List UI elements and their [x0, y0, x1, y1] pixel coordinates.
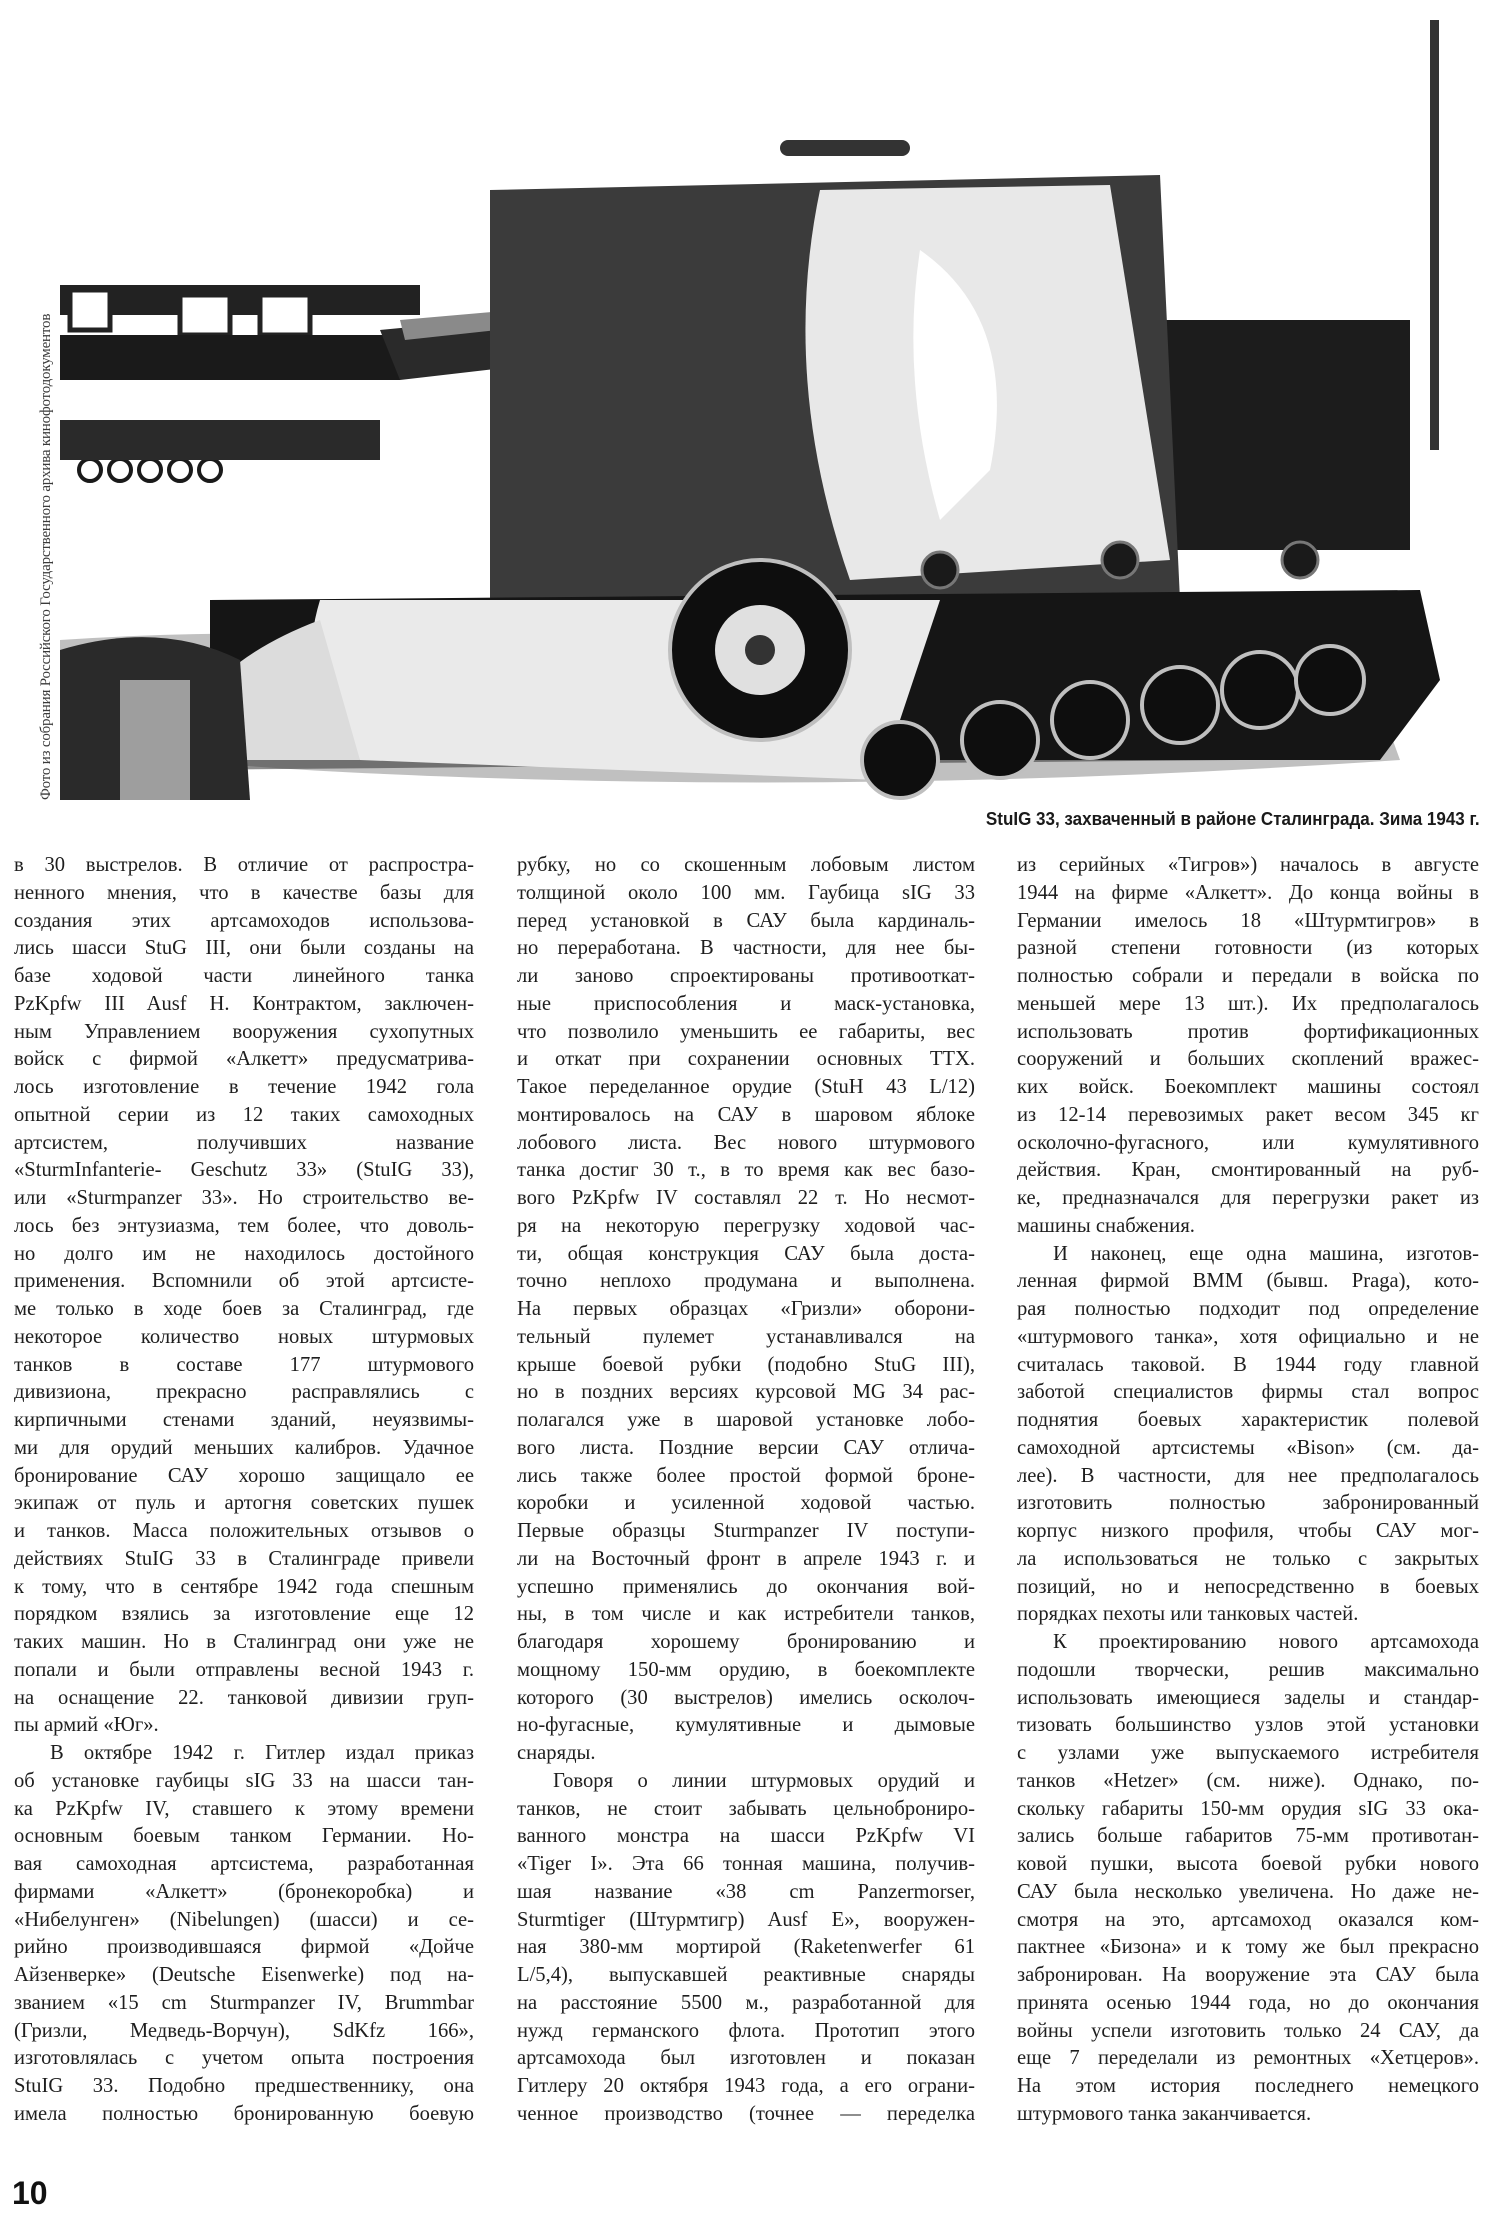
- text-line: «SturmInfanterie- Geschutz 33» (StuIG 33…: [14, 1157, 474, 1185]
- text-line: на оснащение 22. танковой дивизии груп-: [14, 1685, 474, 1713]
- text-line: еще 7 переделали из ремонтных «Хетцеров»…: [1017, 2045, 1479, 2073]
- text-line: 1944 на фирме «Алкетт». До конца войны в: [1017, 880, 1479, 908]
- text-line: вого листа. Поздние версии САУ отлича-: [517, 1435, 975, 1463]
- text-line: монтировалось на САУ в шаровом яблоке: [517, 1102, 975, 1130]
- text-line: ли заново спроектированы противооткат-: [517, 963, 975, 991]
- text-line: вого PzKpfw IV составлял 22 т. Но несмот…: [517, 1185, 975, 1213]
- text-line: вая самоходная артсистема, разработанная: [14, 1851, 474, 1879]
- text-line: К проектированию нового артсамохода: [1017, 1629, 1479, 1657]
- text-column-2: рубку, но со скошенным лобовым листомтол…: [517, 852, 975, 2129]
- text-line: лось без энтузиазма, тем более, что дово…: [14, 1213, 474, 1241]
- text-line: танков «Hetzer» (см. ниже). Однако, по-: [1017, 1768, 1479, 1796]
- text-line: танка достиг 30 т., в то время как вес б…: [517, 1157, 975, 1185]
- text-line: ванного монстра на шасси PzKpfw VI: [517, 1823, 975, 1851]
- text-line: изготовлялась с учетом опыта построения: [14, 2045, 474, 2073]
- text-line: войск с фирмой «Алкетт» предусматрива-: [14, 1046, 474, 1074]
- text-line: об установке гаубицы sIG 33 на шасси тан…: [14, 1768, 474, 1796]
- text-line: некоторое количество новых штурмовых: [14, 1324, 474, 1352]
- text-line: коробки и усиленной ходовой частью.: [517, 1490, 975, 1518]
- text-line: зались больше габаритов 75-мм противотан…: [1017, 1823, 1479, 1851]
- text-line: применения. Вспомнили об этой артсисте-: [14, 1268, 474, 1296]
- text-line: или «Sturmpanzer 33». Но строительство в…: [14, 1185, 474, 1213]
- text-line: ны, в том числе и как истребители танков…: [517, 1601, 975, 1629]
- text-line: создания этих артсамоходов использова-: [14, 908, 474, 936]
- text-line: что позволило уменьшить ее габариты, вес: [517, 1019, 975, 1047]
- text-line: ченное производство (точнее — переделка: [517, 2101, 975, 2129]
- text-line: ленная фирмой ВММ (бывш. Praga), кото-: [1017, 1268, 1479, 1296]
- text-line: шая название «38 cm Panzermorser,: [517, 1879, 975, 1907]
- text-line: рубку, но со скошенным лобовым листом: [517, 852, 975, 880]
- text-line: ке, предназначался для перегрузки ракет …: [1017, 1185, 1479, 1213]
- text-line: меньшей мере 13 шт.). Их предполагалось: [1017, 991, 1479, 1019]
- text-line: экипаж от пуль и артогня советских пушек: [14, 1490, 474, 1518]
- text-line: На этом история последнего немецкого: [1017, 2073, 1479, 2101]
- text-line: скольку габариты 150-мм орудия sIG 33 ок…: [1017, 1796, 1479, 1824]
- text-line: лобового листа. Вес нового штурмового: [517, 1130, 975, 1158]
- text-line: фирмами «Алкетт» (бронекоробка) и: [14, 1879, 474, 1907]
- text-line: и танков. Масса положительных отзывов о: [14, 1518, 474, 1546]
- text-line: мощному 150-мм орудию, в боекомплекте: [517, 1657, 975, 1685]
- text-line: попали и были отправлены весной 1943 г.: [14, 1657, 474, 1685]
- text-line: полностью собрали и передали в войска по: [1017, 963, 1479, 991]
- text-line: ми для орудий меньших калибров. Удачное: [14, 1435, 474, 1463]
- text-line: самоходной артсистемы «Bison» (см. да-: [1017, 1435, 1479, 1463]
- text-line: перед установкой в САУ была кардиналь-: [517, 908, 975, 936]
- text-line: званием «15 cm Sturmpanzer IV, Brummbar: [14, 1990, 474, 2018]
- text-line: Первые образцы Sturmpanzer IV поступи-: [517, 1518, 975, 1546]
- text-line: действиях StuIG 33 в Сталинграде привели: [14, 1546, 474, 1574]
- text-line: ным Управлением вооружения сухопутных: [14, 1019, 474, 1047]
- text-line: принята осенью 1944 года, но до окончани…: [1017, 1990, 1479, 2018]
- text-line: в 30 выстрелов. В отличие от распростра-: [14, 852, 474, 880]
- text-line: к тому, что в сентябре 1942 года спешным: [14, 1574, 474, 1602]
- text-line: ненного мнения, что в качестве базы для: [14, 880, 474, 908]
- text-line: тельный пулемет устанавливался на: [517, 1324, 975, 1352]
- text-line: войны успели изготовить только 24 САУ, д…: [1017, 2018, 1479, 2046]
- text-line: использовать имеющиеся заделы и стандар-: [1017, 1685, 1479, 1713]
- page-number: 10: [12, 2175, 48, 2212]
- text-line: действия. Кран, смонтированный на руб-: [1017, 1157, 1479, 1185]
- text-line: Айзенверке» (Deutsche Eisenwerke) под на…: [14, 1962, 474, 1990]
- text-line: имела полностью бронированную боевую: [14, 2101, 474, 2129]
- photo-caption: StuIG 33, захваченный в районе Сталингра…: [986, 808, 1480, 830]
- text-line: лись также более простой формой броне-: [517, 1463, 975, 1491]
- text-line: ковой пушки, высота боевой рубки нового: [1017, 1851, 1479, 1879]
- text-line: изготовить полностью забронированный: [1017, 1490, 1479, 1518]
- text-line: рийно производившаяся фирмой «Дойче: [14, 1934, 474, 1962]
- text-line: ная 380-мм мортирой (Raketenwerfer 61: [517, 1934, 975, 1962]
- text-line: (Гризли, Медведь-Ворчун), SdKfz 166»,: [14, 2018, 474, 2046]
- text-line: ких войск. Боекомплект машины состоял: [1017, 1074, 1479, 1102]
- text-line: танков в составе 177 штурмового: [14, 1352, 474, 1380]
- text-line: PzKpfw III Ausf H. Контрактом, заключен-: [14, 991, 474, 1019]
- text-line: но долго им не находилось достойного: [14, 1241, 474, 1269]
- text-line: основным боевым танком Германии. Но-: [14, 1823, 474, 1851]
- text-line: считалась таковой. В 1944 году главной: [1017, 1352, 1479, 1380]
- text-line: порядках пехоты или танковых частей.: [1017, 1601, 1479, 1629]
- text-line: ти, общая конструкция САУ была доста-: [517, 1241, 975, 1269]
- text-line: таких машин. Но в Сталинград они уже не: [14, 1629, 474, 1657]
- text-line: дивизиона, прекрасно расправлялись с: [14, 1379, 474, 1407]
- text-line: порядком взялись за изготовление еще 12: [14, 1601, 474, 1629]
- text-line: бронирование САУ хорошо защищало ее: [14, 1463, 474, 1491]
- text-line: Такое переделанное орудие (StuH 43 L/12): [517, 1074, 975, 1102]
- text-column-1: в 30 выстрелов. В отличие от распростра-…: [14, 852, 474, 2129]
- stuig33-tank-image: [60, 0, 1500, 800]
- text-line: лось изготовление в течение 1942 гола: [14, 1074, 474, 1102]
- text-line: корпус низкого профиля, чтобы САУ мог-: [1017, 1518, 1479, 1546]
- text-line: позиций, но и непосредственно в боевых: [1017, 1574, 1479, 1602]
- text-line: поднятия боевых характеристик полевой: [1017, 1407, 1479, 1435]
- text-line: лее). В частности, для нее предполагалос…: [1017, 1463, 1479, 1491]
- text-line: но в поздних версиях курсовой MG 34 рас-: [517, 1379, 975, 1407]
- text-line: «штурмового танка», хотя официально и не: [1017, 1324, 1479, 1352]
- text-line: артсамохода был изготовлен и показан: [517, 2045, 975, 2073]
- text-line: осколочно-фугасного, или кумулятивного: [1017, 1130, 1479, 1158]
- text-line: StuIG 33. Подобно предшественнику, она: [14, 2073, 474, 2101]
- text-line: На первых образцах «Гризли» оборони-: [517, 1296, 975, 1324]
- text-line: но-фугасные, кумулятивные и дымовые: [517, 1712, 975, 1740]
- text-line: «Tiger I». Эта 66 тонная машина, получив…: [517, 1851, 975, 1879]
- text-line: опытной серии из 12 таких самоходных: [14, 1102, 474, 1130]
- text-line: полагался уже в шаровой установке лобо-: [517, 1407, 975, 1435]
- text-line: использовать против фортификационных: [1017, 1019, 1479, 1047]
- text-line: И наконец, еще одна машина, изготов-: [1017, 1241, 1479, 1269]
- text-line: ные приспособления и маск-установка,: [517, 991, 975, 1019]
- text-line: разной степени готовности (из которых: [1017, 935, 1479, 963]
- text-line: лись шасси StuG III, они были созданы на: [14, 935, 474, 963]
- text-line: пы армий «Юг».: [14, 1712, 474, 1740]
- text-line: успешно применялись до окончания вой-: [517, 1574, 975, 1602]
- text-line: толщиной около 100 мм. Гаубица sIG 33: [517, 880, 975, 908]
- tank-photo: [60, 0, 1500, 800]
- text-line: пактнее «Бизона» и к тому же был прекрас…: [1017, 1934, 1479, 1962]
- text-line: ли на Восточный фронт в апреле 1943 г. и: [517, 1546, 975, 1574]
- text-line: Sturmtiger (Штурмтигр) Ausf E», вооружен…: [517, 1907, 975, 1935]
- text-column-3: из серийных «Тигров») началось в августе…: [1017, 852, 1479, 2129]
- text-line: танков, не стоит забывать цельноброниро-: [517, 1796, 975, 1824]
- text-line: нужд германского флота. Прототип этого: [517, 2018, 975, 2046]
- text-line: В октябре 1942 г. Гитлер издал приказ: [14, 1740, 474, 1768]
- text-line: базе ходовой части линейного танка: [14, 963, 474, 991]
- text-line: «Нибелунген» (Nibelungen) (шасси) и се-: [14, 1907, 474, 1935]
- text-line: снаряды.: [517, 1740, 975, 1768]
- text-line: тизовать большинство узлов этой установк…: [1017, 1712, 1479, 1740]
- text-line: сооружений и больших скоплений вражес-: [1017, 1046, 1479, 1074]
- text-line: Говоря о линии штурмовых орудий и: [517, 1768, 975, 1796]
- text-line: подошли творчески, решив максимально: [1017, 1657, 1479, 1685]
- text-line: Германии имелось 18 «Штурмтигров» в: [1017, 908, 1479, 936]
- text-line: которого (30 выстрелов) имелись осколоч-: [517, 1685, 975, 1713]
- text-line: но переработана. В частности, для нее бы…: [517, 935, 975, 963]
- text-line: забронирован. На вооружение эта САУ была: [1017, 1962, 1479, 1990]
- text-line: САУ была несколько увеличена. Но даже не…: [1017, 1879, 1479, 1907]
- text-line: точно неплохо продумана и выполнена.: [517, 1268, 975, 1296]
- text-line: кирпичными стенами зданий, неуязвимы-: [14, 1407, 474, 1435]
- text-line: заботой специалистов фирмы стал вопрос: [1017, 1379, 1479, 1407]
- text-line: смотря на это, артсамоход оказался ком-: [1017, 1907, 1479, 1935]
- photo-credit: Фото из собрания Российского Государстве…: [38, 160, 55, 800]
- text-line: штурмового танка заканчивается.: [1017, 2101, 1479, 2129]
- text-line: из серийных «Тигров») началось в августе: [1017, 852, 1479, 880]
- text-line: ме только в ходе боев за Сталинград, где: [14, 1296, 474, 1324]
- text-line: рая полностью подходит под определение: [1017, 1296, 1479, 1324]
- text-line: из 12-14 перевозимых ракет весом 345 кг: [1017, 1102, 1479, 1130]
- text-line: артсистем, получивших название: [14, 1130, 474, 1158]
- text-line: благодаря хорошему бронированию и: [517, 1629, 975, 1657]
- text-line: ка PzKpfw IV, ставшего к этому времени: [14, 1796, 474, 1824]
- text-line: и откат при сохранении основных ТТХ.: [517, 1046, 975, 1074]
- text-line: на расстояние 5500 м., разработанной для: [517, 1990, 975, 2018]
- text-line: Гитлеру 20 октября 1943 года, а его огра…: [517, 2073, 975, 2101]
- text-line: машины снабжения.: [1017, 1213, 1479, 1241]
- text-line: ла использоваться не только с закрытых: [1017, 1546, 1479, 1574]
- text-line: крыше боевой рубки (подобно StuG III),: [517, 1352, 975, 1380]
- text-line: ря на некоторую перегрузку ходовой час-: [517, 1213, 975, 1241]
- text-line: с узлами уже выпускаемого истребителя: [1017, 1740, 1479, 1768]
- text-line: L/5,4), выпускавшей реактивные снаряды: [517, 1962, 975, 1990]
